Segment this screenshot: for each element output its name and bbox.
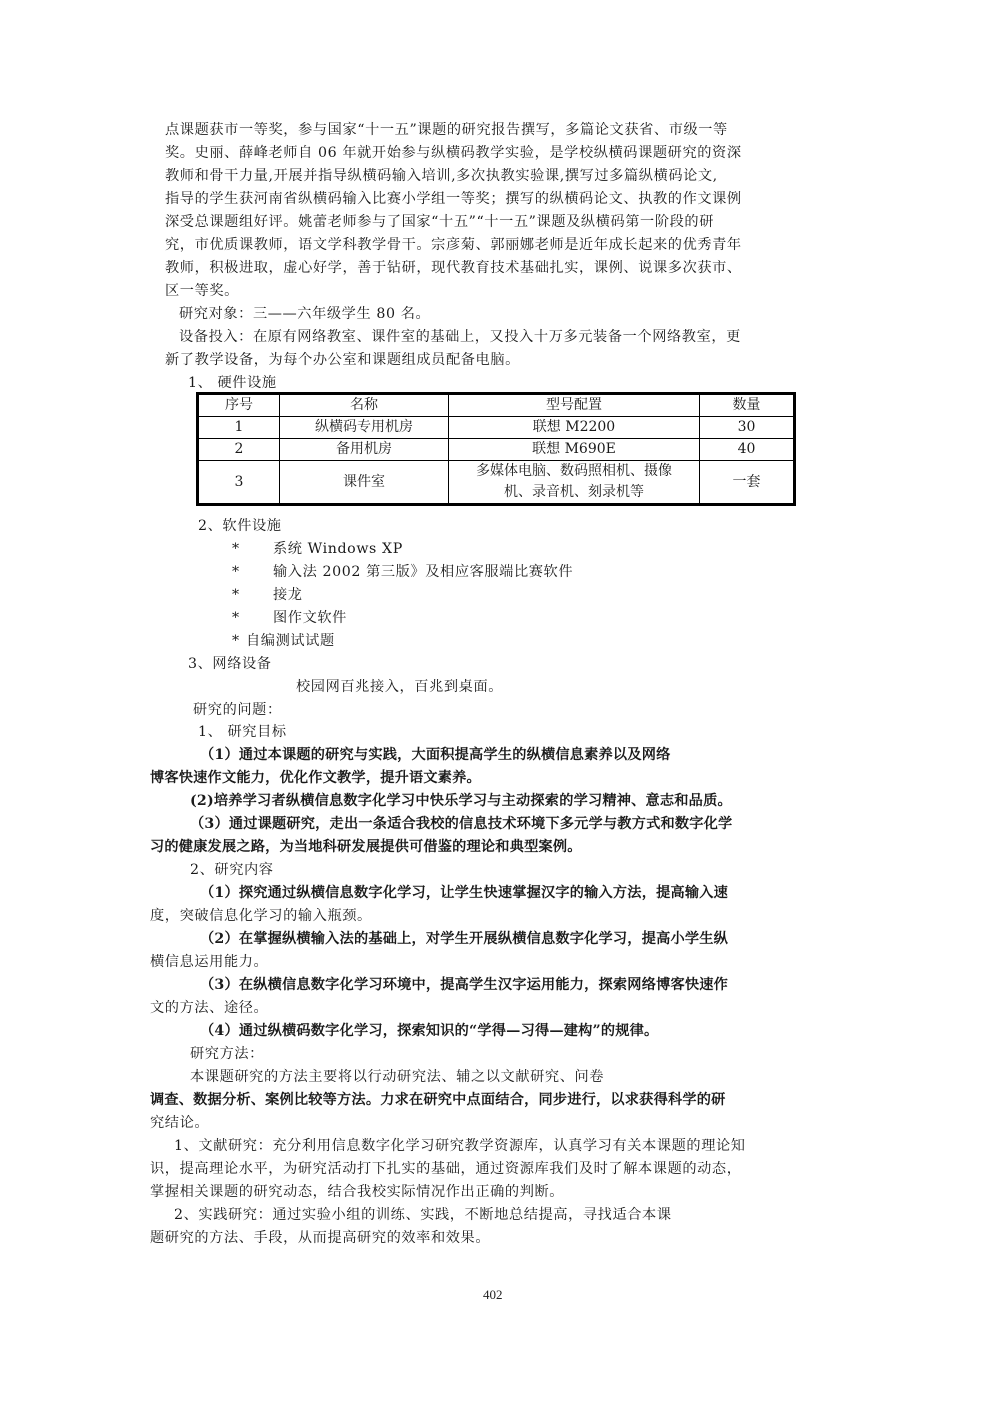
equipment-line: 设备投入：在原有网络教室、课件室的基础上，又投入十万多元装备一个网络教室，更 bbox=[179, 326, 741, 348]
table-cell: 1 bbox=[198, 417, 280, 439]
content-line: （4）通过纵横码数字化学习，探索知识的“学得—习得—建构”的规律。 bbox=[200, 1020, 658, 1042]
methods-line: 本课题研究的方法主要将以行动研究法、辅之以文献研究、问卷 bbox=[190, 1066, 604, 1088]
table-header-cell: 序号 bbox=[198, 394, 280, 417]
table-cell: 课件室 bbox=[280, 461, 449, 505]
table-cell: 一套 bbox=[700, 461, 795, 505]
software-item: 接龙 bbox=[273, 584, 303, 606]
methods-heading: 研究方法： bbox=[190, 1043, 264, 1065]
goal-line: 习的健康发展之路，为当地科研发展提供可借鉴的理论和典型案例。 bbox=[150, 836, 582, 858]
table-cell: 多媒体电脑、数码照相机、摄像 机、录音机、刻录机等 bbox=[449, 461, 700, 505]
content-line: 文的方法、途径。 bbox=[150, 997, 268, 1019]
table-cell: 30 bbox=[700, 417, 795, 439]
table-header-cell: 数量 bbox=[700, 394, 795, 417]
table-cell: 联想 M2200 bbox=[449, 417, 700, 439]
table-row: 1 纵横码专用机房 联想 M2200 30 bbox=[198, 417, 795, 439]
intro-line: 奖。史丽、薛峰老师自 06 年就开始参与纵横码教学实验，是学校纵横码课题研究的资… bbox=[165, 142, 742, 164]
goal-line: （3）通过课题研究，走出一条适合我校的信息技术环境下多元学与教方式和数字化学 bbox=[190, 813, 732, 835]
goal-line: 博客快速作文能力，优化作文教学，提升语文素养。 bbox=[150, 767, 481, 789]
content-line: （3）在纵横信息数字化学习环境中，提高学生汉字运用能力，探索网络博客快速作 bbox=[200, 974, 728, 996]
table-header-cell: 型号配置 bbox=[449, 394, 700, 417]
software-bullet: * bbox=[232, 584, 240, 606]
content-heading: 2、研究内容 bbox=[190, 859, 274, 881]
table-row: 3 课件室 多媒体电脑、数码照相机、摄像 机、录音机、刻录机等 一套 bbox=[198, 461, 795, 505]
software-bullet: * bbox=[232, 630, 240, 652]
table-header-row: 序号 名称 型号配置 数量 bbox=[198, 394, 795, 417]
config-line: 多媒体电脑、数码照相机、摄像 bbox=[453, 461, 695, 482]
table-cell: 3 bbox=[198, 461, 280, 505]
content-line: 横信息运用能力。 bbox=[150, 951, 268, 973]
content-line: （1）探究通过纵横信息数字化学习，让学生快速掌握汉字的输入方法，提高输入速 bbox=[200, 882, 728, 904]
intro-line: 教师和骨干力量,开展并指导纵横码输入培训,多次执教实验课,撰写过多篇纵横码论文, bbox=[165, 165, 718, 187]
table-cell: 联想 M690E bbox=[449, 439, 700, 461]
intro-line: 究，市优质课教师，语文学科教学骨干。宗彦菊、郭丽娜老师是近年成长起来的优秀青年 bbox=[165, 234, 742, 256]
hardware-heading: 1、 硬件设施 bbox=[188, 372, 277, 394]
software-item: 自编测试试题 bbox=[246, 630, 335, 652]
methods-line: 掌握相关课题的研究动态，结合我校实际情况作出正确的判断。 bbox=[150, 1181, 564, 1203]
goal-line: （1）通过本课题的研究与实践，大面积提高学生的纵横信息素养以及网络 bbox=[200, 744, 670, 766]
intro-line: 教师，积极进取，虚心好学，善于钻研，现代教育技术基础扎实，课例、说课多次获市、 bbox=[165, 257, 742, 279]
intro-line: 点课题获市一等奖，参与国家“十一五”课题的研究报告撰写，多篇论文获省、市级一等 bbox=[165, 119, 728, 141]
content-line: （2）在掌握纵横输入法的基础上，对学生开展纵横信息数字化学习，提高小学生纵 bbox=[200, 928, 728, 950]
research-subject: 研究对象：三——六年级学生 80 名。 bbox=[179, 303, 430, 325]
software-item: 图作文软件 bbox=[273, 607, 347, 629]
software-heading: 2、软件设施 bbox=[198, 515, 282, 537]
table-cell: 纵横码专用机房 bbox=[280, 417, 449, 439]
methods-line: 调查、数据分析、案例比较等方法。力求在研究中点面结合，同步进行，以求获得科学的研 bbox=[150, 1089, 726, 1111]
intro-line: 区一等奖。 bbox=[165, 280, 239, 302]
problems-heading: 研究的问题： bbox=[193, 699, 282, 721]
goal-line: (2)培养学习者纵横信息数字化学习中快乐学习与主动探索的学习精神、意志和品质。 bbox=[190, 790, 732, 812]
methods-line: 1、文献研究：充分利用信息数字化学习研究教学资源库，认真学习有关本课题的理论知 bbox=[174, 1135, 746, 1157]
equipment-line: 新了教学设备，为每个办公室和课题组成员配备电脑。 bbox=[165, 349, 520, 371]
page-number: 402 bbox=[483, 1287, 503, 1303]
network-text: 校园网百兆接入，百兆到桌面。 bbox=[296, 676, 503, 698]
goals-heading: 1、 研究目标 bbox=[198, 721, 287, 743]
network-heading: 3、网络设备 bbox=[188, 653, 272, 675]
table-header-cell: 名称 bbox=[280, 394, 449, 417]
table-row: 2 备用机房 联想 M690E 40 bbox=[198, 439, 795, 461]
content-line: 度，突破信息化学习的输入瓶颈。 bbox=[150, 905, 372, 927]
methods-line: 识，提高理论水平，为研究活动打下扎实的基础，通过资源库我们及时了解本课题的动态， bbox=[150, 1158, 742, 1180]
software-item: 系统 Windows XP bbox=[273, 538, 403, 560]
software-item: 输入法 2002 第三版》及相应客服端比赛软件 bbox=[273, 561, 573, 583]
methods-line: 2、实践研究：通过实验小组的训练、实践，不断地总结提高，寻找适合本课 bbox=[174, 1204, 672, 1226]
methods-line: 究结论。 bbox=[150, 1112, 209, 1134]
hardware-table: 序号 名称 型号配置 数量 1 纵横码专用机房 联想 M2200 30 2 备用… bbox=[196, 392, 796, 506]
table-cell: 40 bbox=[700, 439, 795, 461]
config-line: 机、录音机、刻录机等 bbox=[453, 482, 695, 503]
table-cell: 备用机房 bbox=[280, 439, 449, 461]
software-bullet: * bbox=[232, 538, 240, 560]
software-bullet: * bbox=[232, 561, 240, 583]
software-bullet: * bbox=[232, 607, 240, 629]
methods-line: 题研究的方法、手段，从而提高研究的效率和效果。 bbox=[150, 1227, 490, 1249]
intro-line: 深受总课题组好评。姚蕾老师参与了国家“十五”“十一五”课题及纵横码第一阶段的研 bbox=[165, 211, 714, 233]
intro-line: 指导的学生获河南省纵横码输入比赛小学组一等奖；撰写的纵横码论文、执教的作文课例 bbox=[165, 188, 742, 210]
table-cell: 2 bbox=[198, 439, 280, 461]
